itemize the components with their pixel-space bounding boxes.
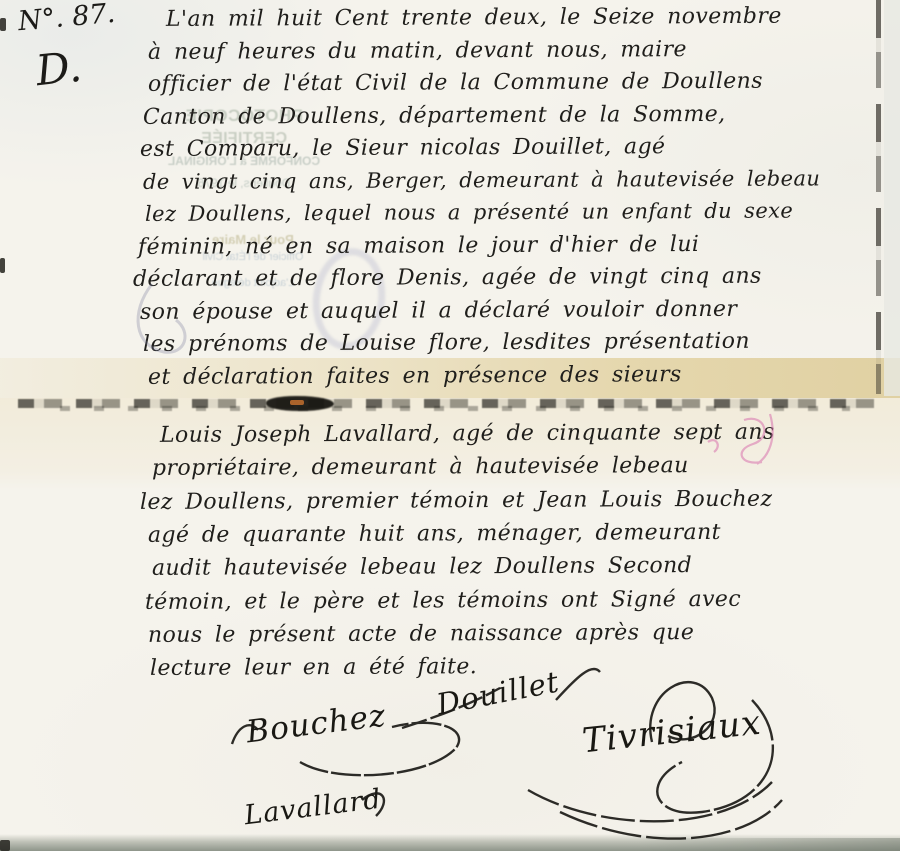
signature-lavallard: Lavallard [243,784,384,832]
edge-mark [0,18,6,31]
signature-bouchez: Bouchez [244,698,388,751]
manuscript-line: déclarant et de flore Denis, agée de vin… [133,263,873,292]
manuscript-line: est Comparu, le Sieur nicolas Douillet, … [140,133,880,162]
paper-edge-line [876,0,881,394]
orange-mark [290,400,304,405]
edge-mark [0,840,10,851]
act-number: N°. 87. [17,0,117,37]
manuscript-line: nous le présent acte de naissance après … [148,619,888,648]
manuscript-line: propriétaire, demeurant à hautevisée leb… [152,452,892,481]
manuscript-line: de vingt cinq ans, Berger, demeurant à h… [143,166,883,194]
manuscript-line: agé de quarante huit ans, ménager, demeu… [148,519,888,548]
manuscript-line: audit hautevisée lebeau lez Doullens Sec… [152,552,892,581]
manuscript-line: témoin, et le père et les témoins ont Si… [145,586,885,615]
scan-margin [884,0,900,396]
manuscript-line: à neuf heures du matin, devant nous, mai… [148,36,888,65]
manuscript-line: Louis Joseph Lavallard, agé de cinquante… [160,419,900,448]
paper-joint-smudge [60,406,850,411]
signature-mayor: Tivrisiaux [580,703,763,762]
scanned-birth-record: PHOTOCOPIE CERTIFIÉE CONFORME à L'ORIGIN… [0,0,900,851]
manuscript-line: féminin, né en sa maison le jour d'hier … [138,231,878,260]
manuscript-line: son épouse et auquel il a déclaré vouloi… [140,296,880,325]
scan-bottom-edge [640,838,900,851]
manuscript-line: lez Doullens, lequel nous a présenté un … [145,198,885,226]
manuscript-line: Canton de Doullens, département de la So… [143,101,883,130]
manuscript-line: les prénoms de Louise flore, lesdites pr… [143,328,883,357]
manuscript-line: lez Doullens, premier témoin et Jean Lou… [140,486,880,515]
manuscript-line: et déclaration faites en présence des si… [148,361,888,390]
margin-letter: D. [34,42,84,95]
edge-mark [0,258,5,273]
manuscript-line: L'an mil huit Cent trente deux, le Seize… [166,3,900,32]
manuscript-line: officier de l'état Civil de la Commune d… [148,68,888,97]
